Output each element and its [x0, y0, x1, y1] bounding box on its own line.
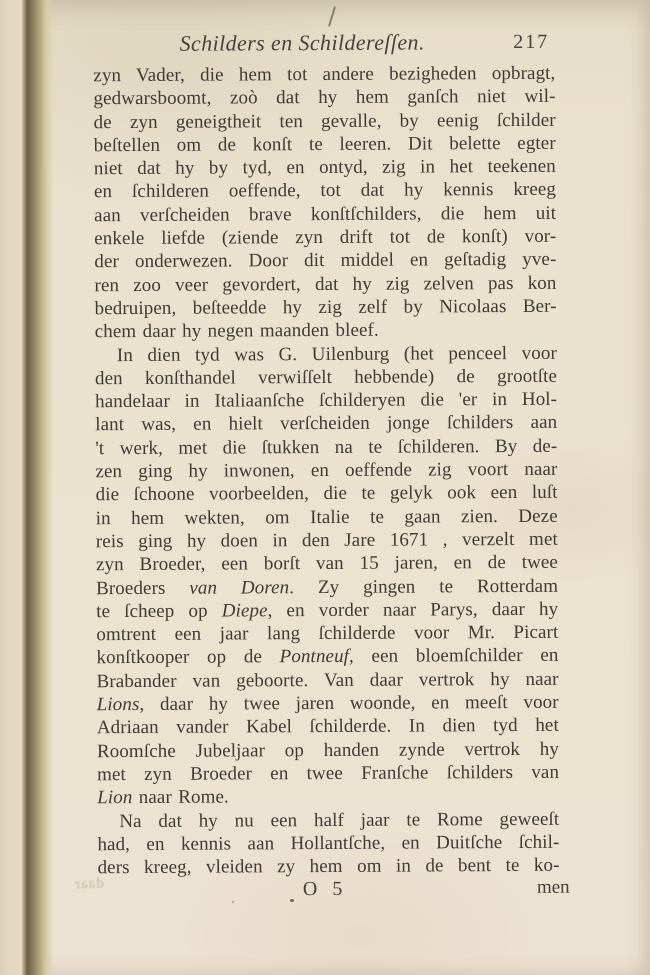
- text-line: konſtkooper op de Pontneuf, een bloemſch…: [96, 644, 558, 670]
- text-line: te ſcheep op Diepe, en vorder naar Parys…: [96, 598, 558, 624]
- text-block: zyn Vader, die hem tot andere bezigheden…: [93, 62, 559, 880]
- text-line: Lions, daar hy twee jaren woonde, en mee…: [97, 691, 559, 717]
- text-line: zyn Broeder, een borſt van 15 jaren, en …: [96, 551, 558, 577]
- text-line: chem daar hy negen maanden bleef.: [95, 318, 557, 344]
- page-content: Schilders en Schildereſſen. 217 zyn Vade…: [93, 0, 560, 975]
- text-line: 't werk, met die ſtukken na te ſchildere…: [95, 435, 557, 461]
- paragraph-3: Na dat hy nu een half jaar te Rome gewee…: [97, 807, 559, 879]
- show-through-text: daar: [74, 875, 104, 893]
- text-line: Roomſche Jubeljaar op handen zynde vertr…: [97, 737, 559, 763]
- text-line: Adriaan vander Kabel ſchilderde. In dien…: [97, 714, 559, 740]
- page-number: 217: [513, 31, 549, 54]
- gutter-shadow: [22, 0, 54, 975]
- text-line: Lion naar Rome.: [97, 784, 559, 810]
- text-line: Broeders van Doren. Zy gingen te Rotterd…: [96, 574, 558, 600]
- signature-mark: O 5: [303, 878, 348, 901]
- text-line: enkele liefde (ziende zyn drift tot de k…: [94, 225, 556, 251]
- paragraph-2: In dien tyd was G. Uilenburg (het pencee…: [95, 341, 559, 809]
- running-title: Schilders en Schildereſſen.: [180, 29, 425, 56]
- text-line: ren zoo veer gevordert, dat hy zig zelve…: [94, 271, 556, 297]
- text-line: zyn Vader, die hem tot andere bezigheden…: [93, 62, 555, 88]
- text-line: zen ging hy inwonen, en oeffende zig voo…: [95, 458, 557, 484]
- text-line: niet dat hy by tyd, en ontyd, zig in het…: [94, 155, 556, 181]
- facing-page-edge: [0, 0, 23, 975]
- text-line: met zyn Broeder en twee Franſche ſchilde…: [97, 761, 559, 787]
- text-line: reis ging hy doen in den Jare 1671 , ver…: [96, 528, 558, 554]
- text-line: gedwarsboomt, zoò dat hy hem ganſch niet…: [93, 85, 555, 111]
- text-line: aan verſcheiden brave konſtſchilders, di…: [94, 202, 556, 228]
- text-line: had, en kennis aan Hollantſche, en Duitſ…: [97, 831, 559, 857]
- text-line: ders kreeg, vleiden zy hem om in de bent…: [97, 854, 559, 880]
- text-line: den konſthandel verwiſſelt hebbende) de …: [95, 365, 557, 391]
- text-line: bedruipen, beſteedde hy zig zelf by Nico…: [95, 295, 557, 321]
- text-line: en ſchilderen oeffende, tot dat hy kenni…: [94, 178, 556, 204]
- text-line: handelaar in Italiaanſche ſchilderyen di…: [95, 388, 557, 414]
- text-line: Na dat hy nu een half jaar te Rome gewee…: [97, 807, 559, 833]
- ink-speck: [290, 899, 294, 902]
- text-line: Brabander van geboorte. Van daar vertrok…: [97, 668, 559, 694]
- text-line: lant was, en hielt verſcheiden jonge ſch…: [95, 411, 557, 437]
- ink-speck: [232, 901, 234, 903]
- book-page-scan: Schilders en Schildereſſen. 217 zyn Vade…: [0, 0, 650, 975]
- paragraph-1: zyn Vader, die hem tot andere bezigheden…: [93, 62, 556, 344]
- text-line: In dien tyd was G. Uilenburg (het pencee…: [95, 341, 557, 367]
- footer-line: O 5 men: [98, 877, 560, 903]
- text-line: beſtellen om de konſt te leeren. Dit bel…: [94, 132, 556, 158]
- text-line: de zyn geneigtheit ten gevalle, by eenig…: [94, 108, 556, 134]
- text-line: der onderwezen. Door dit middel en geſta…: [94, 248, 556, 274]
- text-line: omtrent een jaar lang ſchilderde voor Mr…: [96, 621, 558, 647]
- text-line: in hem wekten, om Italie te gaan zien. D…: [96, 504, 558, 530]
- catchword: men: [537, 877, 570, 899]
- running-header: Schilders en Schildereſſen. 217: [93, 29, 555, 63]
- text-line: die ſchoone voorbeelden, die te gelyk oo…: [96, 481, 558, 507]
